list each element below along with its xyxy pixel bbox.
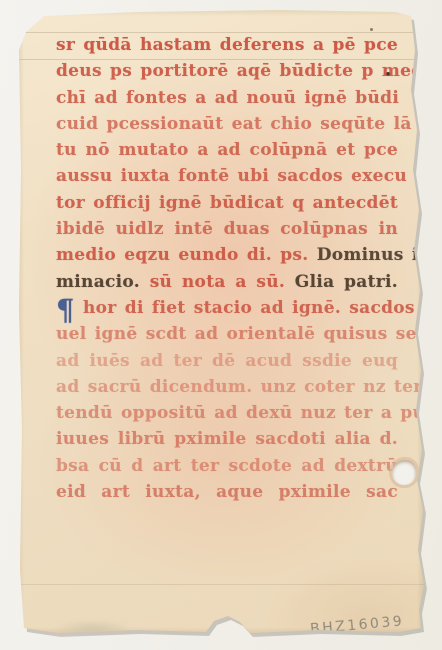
manuscript-leaf: sr qūdā hastam deferens a pē pce deus ps… [18,10,428,636]
photo-backdrop: sr qūdā hastam deferens a pē pce deus ps… [0,0,442,650]
edge-tint-overlay [18,10,428,636]
